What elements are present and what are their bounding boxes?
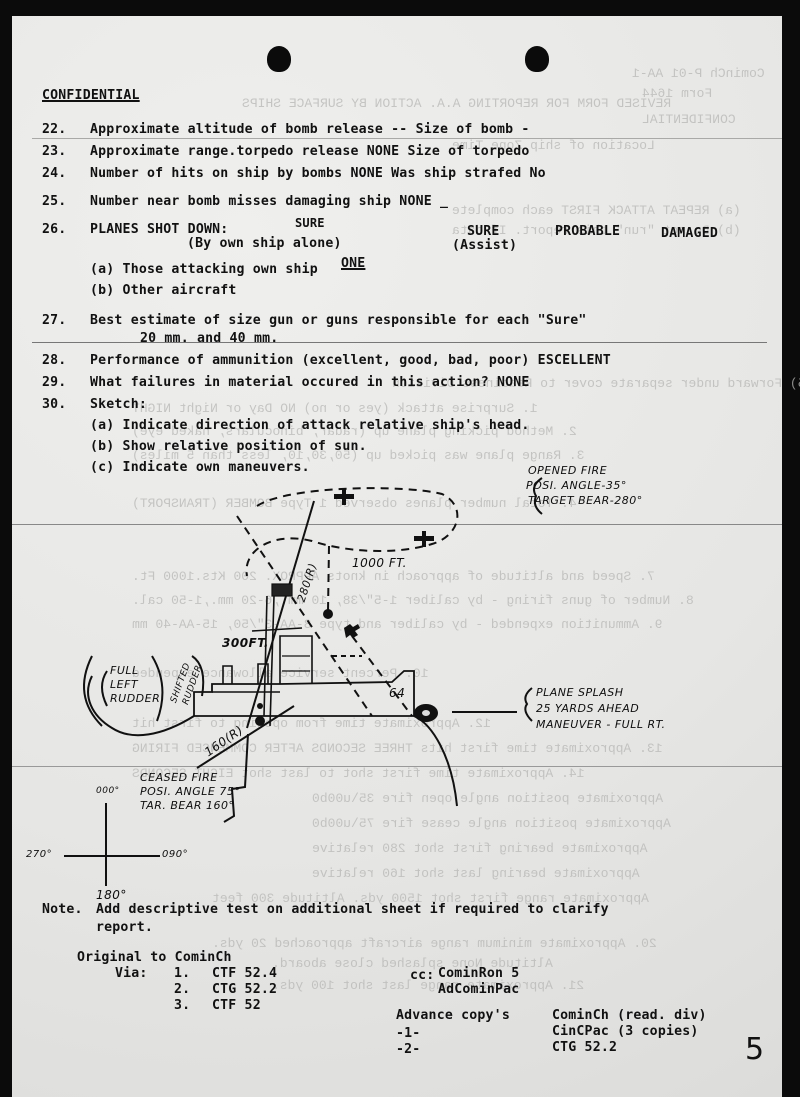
advance-recipient: CTG 52.2: [552, 1040, 617, 1055]
via-label: Via:: [115, 966, 148, 981]
page-mark: -1-: [396, 1026, 420, 1041]
page-number: 5: [745, 1032, 764, 1067]
page-mark: -2-: [396, 1042, 420, 1057]
note-line: POSI. ANGLE 75°: [140, 785, 240, 798]
note-line: TAR. BEAR 160°: [140, 799, 235, 812]
note-line: RUDDER: [110, 692, 160, 705]
via-dest: CTF 52: [212, 998, 261, 1013]
note-line: TARGET BEAR-280°: [528, 494, 643, 507]
advance-copies-label: Advance copy's: [396, 1008, 510, 1023]
note-line: PLANE SPLASH: [536, 686, 624, 699]
note-line: 25 YARDS AHEAD: [536, 702, 639, 715]
ship-number-label: 64: [389, 686, 405, 700]
note-line: MANEUVER - FULL RT.: [536, 718, 666, 731]
note-line: CEASED FIRE: [140, 771, 218, 784]
advance-recipient: CinCPac (3 copies): [552, 1024, 699, 1039]
altitude-1000-label: 1000 FT.: [352, 556, 407, 570]
via-num: 2.: [174, 982, 190, 997]
cc-label: cc:: [410, 968, 434, 983]
note-label: Note.: [42, 902, 83, 917]
cc-recipient: AdCominPac: [438, 982, 519, 997]
note-line: POSI. ANGLE-35°: [526, 479, 627, 492]
via-num: 3.: [174, 998, 190, 1013]
cc-recipient: CominRon 5: [438, 966, 519, 981]
note-line-1: Add descriptive test on additional sheet…: [96, 902, 609, 917]
advance-recipient: CominCh (read. div): [552, 1008, 707, 1023]
note-line: LEFT: [110, 678, 138, 691]
compass-north-label: 000°: [96, 786, 120, 796]
original-to: Original to CominCh: [77, 950, 232, 965]
note-line: OPENED FIRE: [528, 464, 607, 477]
note-line-2: report.: [96, 920, 153, 935]
compass-west-label: 270°: [26, 849, 52, 860]
compass-south-label: 180°: [96, 888, 127, 902]
via-dest: CTF 52.4: [212, 966, 277, 981]
via-dest: CTG 52.2: [212, 982, 277, 997]
altitude-300-label: 300FT.: [222, 636, 269, 650]
note-line: FULL: [110, 664, 139, 677]
compass-east-label: 090°: [162, 849, 188, 860]
via-num: 1.: [174, 966, 190, 981]
document-page: REVISED FORM FOR REPORTING A.A. ACTION B…: [12, 16, 782, 1097]
